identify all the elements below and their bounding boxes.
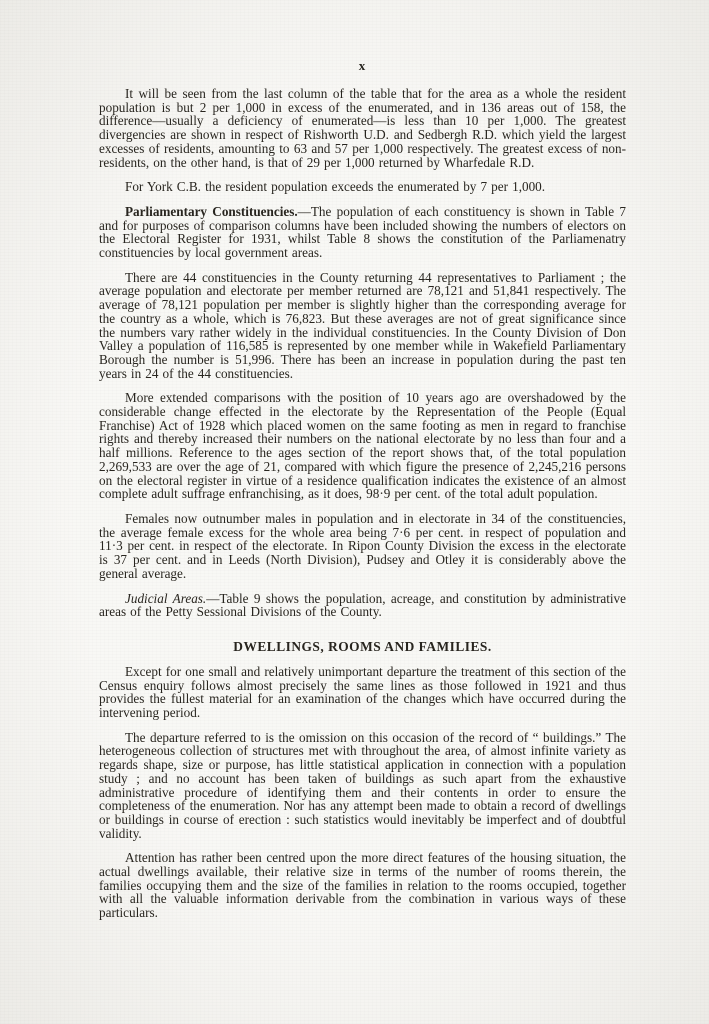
paragraph-44-constituencies: There are 44 constituencies in the Count…: [99, 271, 626, 381]
document-page: x It will be seen from the last column o…: [0, 0, 709, 1024]
paragraph-extended-comparisons: More extended comparisons with the posit…: [99, 391, 626, 501]
paragraph-york-cb: For York C.B. the resident population ex…: [99, 180, 626, 194]
paragraph-census-treatment: Except for one small and relatively unim…: [99, 665, 626, 720]
paragraph-parliamentary-constituencies: Parliamentary Constituencies.—The popula…: [99, 205, 626, 260]
paragraph-judicial-areas: Judicial Areas.—Table 9 shows the popula…: [99, 592, 626, 619]
paragraph-females-outnumber: Females now outnumber males in populatio…: [99, 512, 626, 581]
page-number: x: [99, 58, 626, 74]
section-heading: DWELLINGS, ROOMS AND FAMILIES.: [99, 639, 626, 655]
text-block: x It will be seen from the last column o…: [99, 58, 626, 931]
paragraph-buildings-omission: The departure referred to is the omissio…: [99, 731, 626, 841]
paragraph-housing-attention: Attention has rather been centred upon t…: [99, 851, 626, 920]
paragraph-area-whole: It will be seen from the last column of …: [99, 87, 626, 169]
